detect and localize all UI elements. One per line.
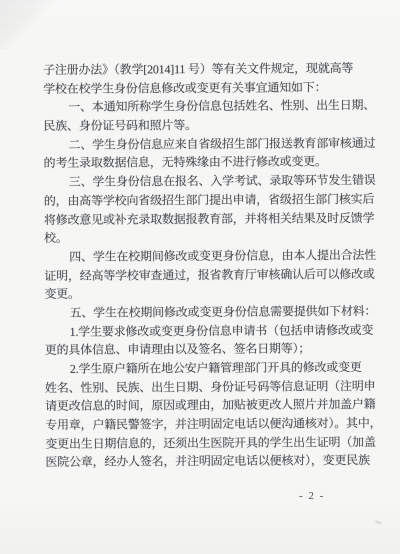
text-line: 1.学生要求修改或变更身份信息申请书（包括申请修改或变 (45, 321, 375, 342)
scan-speck (375, 520, 383, 525)
scan-corner-shadow (0, 0, 62, 50)
text-line: 学校在校学生身份信息修改或变更有关事宜通知如下： (43, 78, 373, 99)
text-line: 五、学生在校期间修改或变更身份信息需要提供如下材料： (44, 302, 374, 323)
text-line: 三、学生身份信息在报名、入学考试、录取等环节发生错误 (44, 171, 374, 192)
text-line: 子注册办法》（教学[2014]11 号）等有关文件规定，现就高等 (43, 59, 373, 80)
text-line: 变更。 (44, 283, 374, 304)
page-number: - 2 - (299, 489, 325, 503)
text-line: 医院公章，经办人签名，并注明固定电话以便核对），变更民族 (45, 451, 375, 472)
text-line: 的，由高等学校向省级招生部门提出申请，省级招生部门核实后 (44, 190, 374, 211)
text-line: 二、学生身份信息应来自省级招生部门报送教育部审核通过 (43, 134, 373, 155)
text-line: 姓名、性别、民族、出生日期、身份证号码等信息证明（注明申 (45, 377, 375, 398)
text-line: 将修改意见或补充录取数据报教育部，并将相关结果及时反馈学 (44, 208, 374, 229)
text-line: 2.学生原户籍所在地公安户籍管理部门开具的修改或变更 (45, 358, 375, 379)
text-line: 的考生录取数据信息，无特殊缘由不进行修改或变更。 (44, 152, 374, 173)
text-line: 请更改信息的时间，原因或理由，加贴被更改人照片并加盖户籍 (45, 395, 375, 416)
scanned-document-page: 子注册办法》（教学[2014]11 号）等有关文件规定，现就高等 学校在校学生身… (0, 0, 400, 554)
text-line: 更的具体信息、申请理由以及签名、签名日期等）； (45, 339, 375, 360)
document-body: 子注册办法》（教学[2014]11 号）等有关文件规定，现就高等 学校在校学生身… (43, 59, 376, 472)
text-line: 四、学生在校期间修改或变更身份信息，由本人提出合法性 (44, 246, 374, 267)
text-line: 证明，经高等学校审查通过，报省教育厅审核确认后可以修改或 (44, 265, 374, 286)
text-line: 变更出生日期信息的，还须出生医院开具的学生出生证明（加盖 (45, 433, 375, 454)
text-line: 专用章，户籍民警签字，并注明固定电话以便沟通核对）。其中， (45, 414, 375, 435)
text-line: 民族、身份证号码和照片等。 (43, 115, 373, 136)
text-line: 一、本通知所称学生身份信息包括姓名、性别、出生日期、 (43, 96, 373, 117)
text-line: 校。 (44, 227, 374, 248)
